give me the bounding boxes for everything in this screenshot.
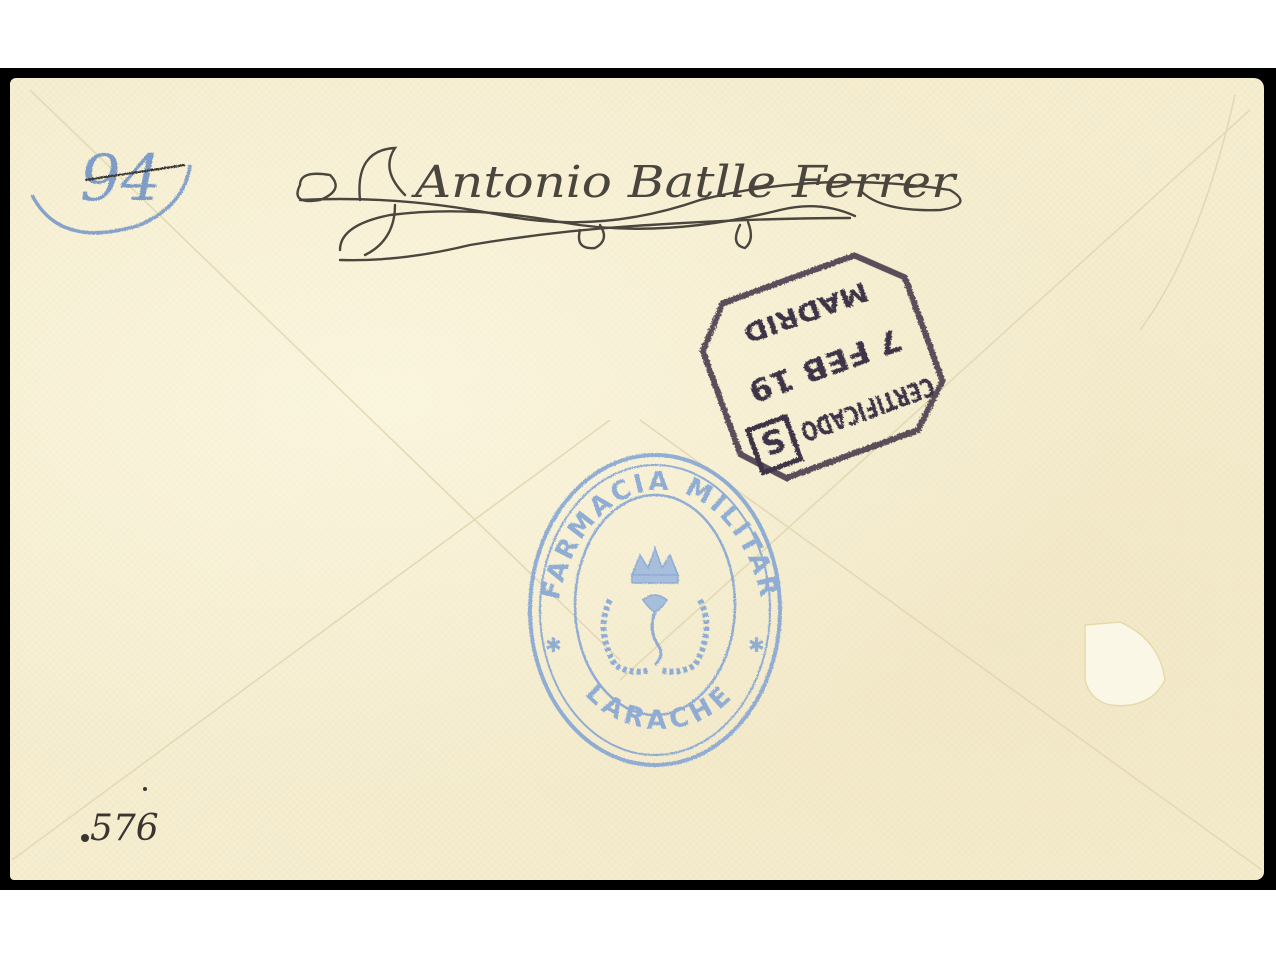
postmark: S CERTIFICADO 7 FEB 19 MADRID — [690, 242, 956, 490]
envelope-markings: 94 Antonio Batlle Ferrer S CERTIFICADO 7… — [0, 0, 1276, 956]
svg-text:LARACHE: LARACHE — [579, 678, 740, 736]
blue-pencil-annotation: 94 — [32, 142, 190, 233]
postmark-box-letter: S — [756, 420, 791, 464]
paper-residue — [1085, 622, 1165, 706]
signature-text: Antonio Batlle Ferrer — [410, 157, 958, 208]
cachet-bottom-text: LARACHE — [579, 678, 740, 736]
bottom-left-annotation: 576 — [81, 787, 159, 849]
crown-wreath-emblem-icon — [604, 548, 707, 672]
annotation-576: 576 — [90, 808, 159, 849]
star-icon: ✱ — [748, 633, 765, 657]
star-icon: ✱ — [545, 633, 562, 657]
